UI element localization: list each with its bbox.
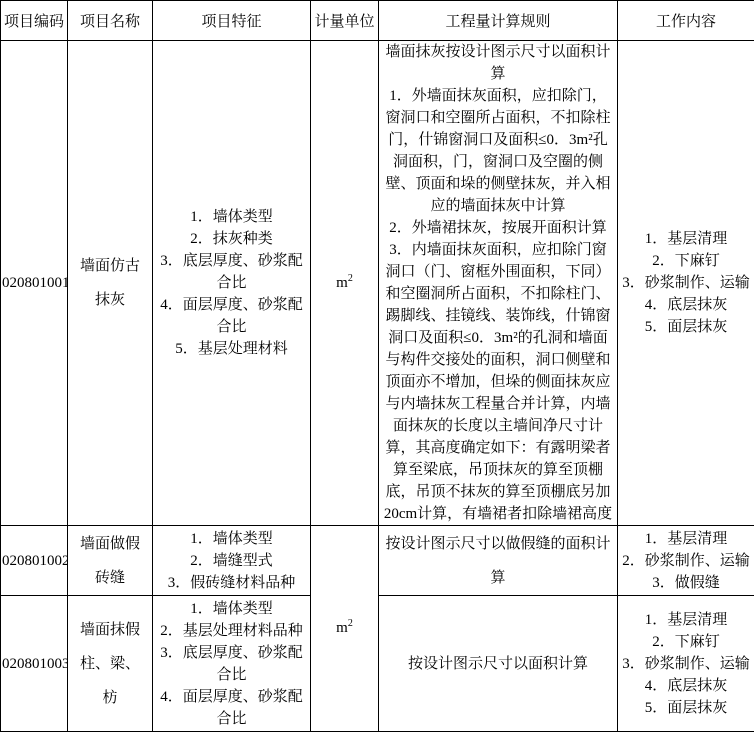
work-item: 5．面层抹灰 [621,316,751,338]
work-content: 1．基层清理 2．下麻钉 3．砂浆制作、运输 4．底层抹灰 5．面层抹灰 [618,596,754,732]
feature-item: 2．抹灰种类 [156,228,307,250]
project-name: 墙面抹假柱、梁、枋 [68,596,153,732]
work-item: 2．下麻钉 [621,631,751,653]
project-code: 020801001 [1,41,68,526]
rule-paragraph: 1．外墙面抹灰面积，应扣除门，窗洞口和空圈所占面积，不扣除柱门，什锦窗洞口及面积… [382,85,614,217]
work-item: 3．砂浆制作、运输 [621,653,751,675]
quantity-spec-table: 项目编码 项目名称 项目特征 计量单位 工程量计算规则 工作内容 0208010… [0,0,754,732]
work-item: 5．面层抹灰 [621,697,751,719]
col-header-project-features: 项目特征 [153,1,311,41]
work-item: 3．做假缝 [621,572,751,594]
project-name: 墙面仿古抹灰 [68,41,153,526]
feature-item: 4．面层厚度、砂浆配合比 [156,686,307,730]
feature-item: 5．基层处理材料 [156,338,307,360]
col-header-work-content: 工作内容 [618,1,754,41]
unit-base: m [336,275,348,291]
calc-rule: 墙面抹灰按设计图示尺寸以面积计算 1．外墙面抹灰面积，应扣除门，窗洞口和空圈所占… [379,41,618,526]
project-code: 020801002 [1,526,68,596]
feature-item: 4．面层厚度、砂浆配合比 [156,294,307,338]
work-item: 2．下麻钉 [621,250,751,272]
calc-rule: 按设计图示尺寸以做假缝的面积计算 [379,526,618,596]
rule-paragraph: 墙面抹灰按设计图示尺寸以面积计算 [382,41,614,85]
unit-superscript: 2 [348,618,353,629]
project-code: 020801003 [1,596,68,732]
project-features: 1．墙体类型 2．墙缝型式 3．假砖缝材料品种 [153,526,311,596]
work-item: 4．底层抹灰 [621,294,751,316]
col-header-unit: 计量单位 [311,1,379,41]
table-row: 020801001 墙面仿古抹灰 1．墙体类型 2．抹灰种类 3．底层厚度、砂浆… [1,41,754,526]
project-name: 墙面做假砖缝 [68,526,153,596]
project-features: 1．墙体类型 2．抹灰种类 3．底层厚度、砂浆配合比 4．面层厚度、砂浆配合比 … [153,41,311,526]
unit-cell: m2 [311,41,379,526]
rule-paragraph: 按设计图示尺寸以做假缝的面积计算 [382,527,614,595]
work-item: 3．砂浆制作、运输 [621,272,751,294]
feature-item: 3．假砖缝材料品种 [156,572,307,594]
col-header-project-name: 项目名称 [68,1,153,41]
header-row: 项目编码 项目名称 项目特征 计量单位 工程量计算规则 工作内容 [1,1,754,41]
project-features: 1．墙体类型 2．基层处理材料品种 3．底层厚度、砂浆配合比 4．面层厚度、砂浆… [153,596,311,732]
rule-paragraph: 3．内墙面抹灰面积，应扣除门窗洞口（门、窗框外围面积，下同）和空圈洞所占面积，不… [382,239,614,525]
work-item: 2．砂浆制作、运输 [621,550,751,572]
work-item: 1．基层清理 [621,228,751,250]
calc-rule: 按设计图示尺寸以面积计算 [379,596,618,732]
rule-paragraph: 2．外墙裙抹灰，按展开面积计算 [382,217,614,239]
feature-item: 2．基层处理材料品种 [156,620,307,642]
feature-item: 1．墙体类型 [156,598,307,620]
unit-cell-merged: m2 [311,526,379,732]
work-content: 1．基层清理 2．下麻钉 3．砂浆制作、运输 4．底层抹灰 5．面层抹灰 [618,41,754,526]
feature-item: 3．底层厚度、砂浆配合比 [156,250,307,294]
col-header-project-code: 项目编码 [1,1,68,41]
feature-item: 2．墙缝型式 [156,550,307,572]
work-item: 1．基层清理 [621,609,751,631]
rule-paragraph: 按设计图示尺寸以面积计算 [382,653,614,675]
work-content: 1．基层清理 2．砂浆制作、运输 3．做假缝 [618,526,754,596]
work-item: 4．底层抹灰 [621,675,751,697]
col-header-calc-rule: 工程量计算规则 [379,1,618,41]
feature-item: 1．墙体类型 [156,528,307,550]
feature-item: 1．墙体类型 [156,206,307,228]
feature-item: 3．底层厚度、砂浆配合比 [156,642,307,686]
work-item: 1．基层清理 [621,528,751,550]
table-row: 020801002 墙面做假砖缝 1．墙体类型 2．墙缝型式 3．假砖缝材料品种… [1,526,754,596]
unit-base: m [336,620,348,636]
unit-superscript: 2 [348,273,353,284]
